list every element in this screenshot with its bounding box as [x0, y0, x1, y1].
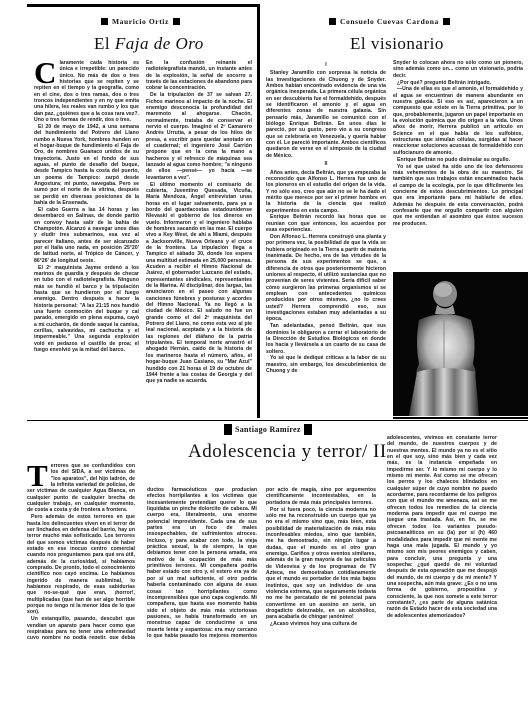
headline-el-visionario: El visionario	[350, 34, 444, 54]
dropcap: C	[34, 61, 56, 85]
square-bullet-icon	[443, 18, 450, 25]
square-bullet-icon	[101, 18, 108, 25]
article-right-column-2: Snyder lo colocan ahora no sólo como un …	[393, 60, 523, 270]
byline-consuelo-cuevas-cardona: Consuelo Cuevas Cardona	[329, 17, 450, 26]
dropcap: T	[27, 464, 48, 488]
square-bullet-icon	[224, 424, 232, 435]
photo-rule	[393, 417, 528, 419]
byline-santiago-ramirez: Santiago Ramírez	[224, 423, 312, 436]
headline-faja-de-oro: El Faja de Oro	[94, 34, 204, 54]
headline-adolescencia-y-terror: Adolescencia y terror/ II	[188, 441, 387, 463]
photo-illustration	[393, 272, 528, 416]
author-name: Consuelo Cuevas Cardona	[340, 17, 439, 26]
square-bullet-icon	[329, 18, 336, 25]
article-bottom-column-1: Terrores que se confundidos con los del …	[27, 463, 135, 639]
article-bottom-column-3: por acto de magia, sino por argumentos c…	[266, 487, 376, 639]
square-bullet-icon	[304, 424, 312, 435]
author-name: Mauricio Ortiz	[112, 17, 169, 26]
article-bottom-column-4: adolescentes, vivimos en constante terro…	[387, 435, 497, 639]
article-left-column-2: En la confusión reinante el radiotelegra…	[146, 60, 252, 416]
square-bullet-icon	[173, 18, 180, 25]
photo-woman-back	[393, 272, 528, 416]
article-bottom-column-2: ductos farmacéuticos que producían efect…	[147, 487, 257, 639]
section-divider	[27, 420, 528, 421]
article-right-column-1: I Stanley Jaramillo con sorpresa la noti…	[266, 60, 386, 416]
byline-mauricio-ortiz: Mauricio Ortiz	[101, 17, 180, 26]
author-name: Santiago Ramírez	[235, 425, 301, 434]
article-left-column-1: Claramente cada historia es única e irre…	[34, 60, 139, 416]
